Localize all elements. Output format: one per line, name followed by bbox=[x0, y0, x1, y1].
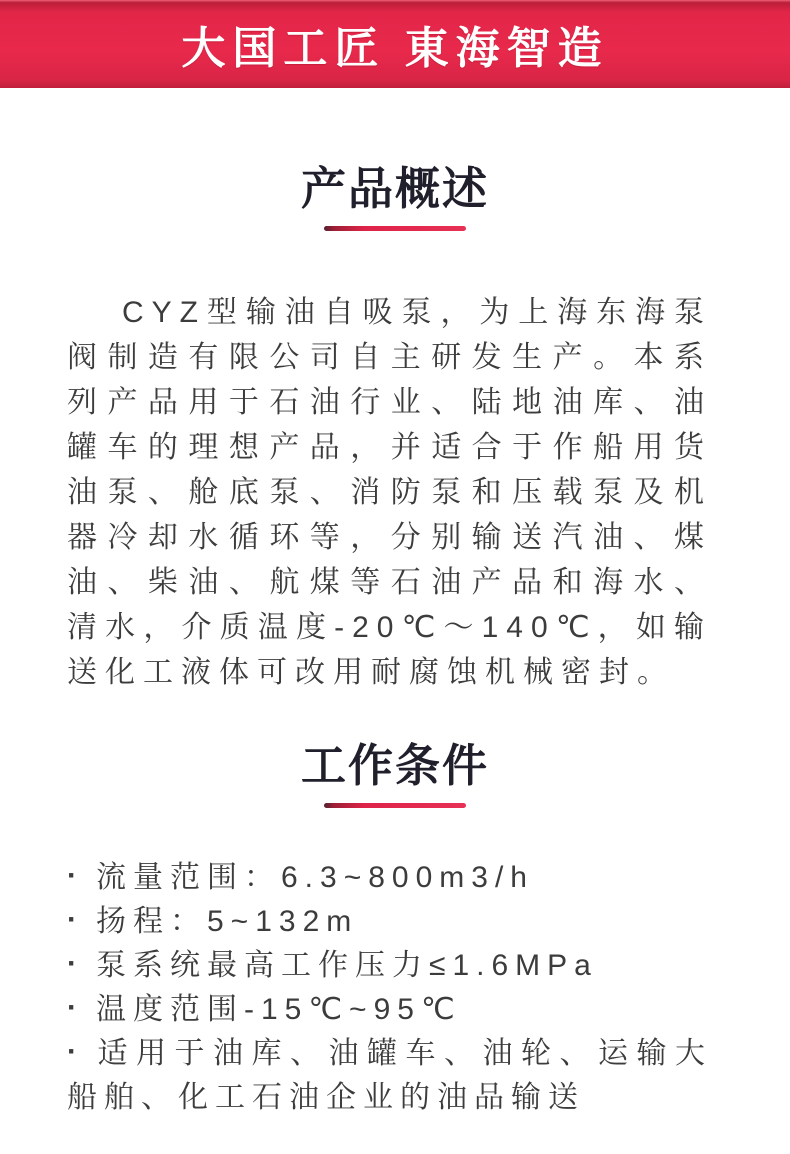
bullet-dot-icon: · bbox=[67, 854, 84, 898]
condition-item-flow-range: ·流量范围：6.3~800m3/h bbox=[67, 856, 712, 900]
bullet-dot-icon: · bbox=[67, 986, 84, 1030]
bullet-dot-icon: · bbox=[67, 898, 84, 942]
condition-text: 流量范围：6.3~800m3/h bbox=[96, 861, 534, 894]
condition-text: 适用于油库、油罐车、油轮、运输大船舶、化工石油企业的油品输送 bbox=[67, 1037, 712, 1114]
condition-text: 温度范围-15℃~95℃ bbox=[96, 993, 462, 1026]
conditions-heading-underline bbox=[324, 803, 466, 808]
overview-heading-wrap: 产品概述 bbox=[0, 88, 790, 231]
overview-heading-underline bbox=[324, 226, 466, 231]
overview-section: 产品概述 CYZ型输油自吸泵，为上海东海泵阀制造有限公司自主研发生产。本系列产品… bbox=[0, 88, 790, 695]
bullet-dot-icon: · bbox=[67, 942, 84, 986]
banner: 大国工匠 東海智造 bbox=[0, 0, 790, 88]
bullet-dot-icon: · bbox=[67, 1030, 84, 1074]
conditions-heading: 工作条件 bbox=[0, 740, 790, 792]
overview-paragraph: CYZ型输油自吸泵，为上海东海泵阀制造有限公司自主研发生产。本系列产品用于石油行… bbox=[67, 290, 712, 695]
banner-title: 大国工匠 東海智造 bbox=[181, 12, 608, 76]
conditions-heading-wrap: 工作条件 bbox=[0, 695, 790, 808]
condition-item-applications: ·适用于油库、油罐车、油轮、运输大船舶、化工石油企业的油品输送 bbox=[67, 1032, 712, 1120]
overview-heading: 产品概述 bbox=[0, 163, 790, 215]
product-detail-page: 大国工匠 東海智造 产品概述 CYZ型输油自吸泵，为上海东海泵阀制造有限公司自主… bbox=[0, 0, 790, 1154]
condition-item-max-pressure: ·泵系统最高工作压力≤1.6MPa bbox=[67, 944, 712, 988]
condition-text: 扬程：5~132m bbox=[96, 905, 358, 938]
condition-text: 泵系统最高工作压力≤1.6MPa bbox=[96, 949, 598, 982]
conditions-section: 工作条件 ·流量范围：6.3~800m3/h ·扬程：5~132m ·泵系统最高… bbox=[0, 695, 790, 1120]
conditions-list: ·流量范围：6.3~800m3/h ·扬程：5~132m ·泵系统最高工作压力≤… bbox=[67, 856, 712, 1120]
condition-item-temp-range: ·温度范围-15℃~95℃ bbox=[67, 988, 712, 1032]
condition-item-head: ·扬程：5~132m bbox=[67, 900, 712, 944]
